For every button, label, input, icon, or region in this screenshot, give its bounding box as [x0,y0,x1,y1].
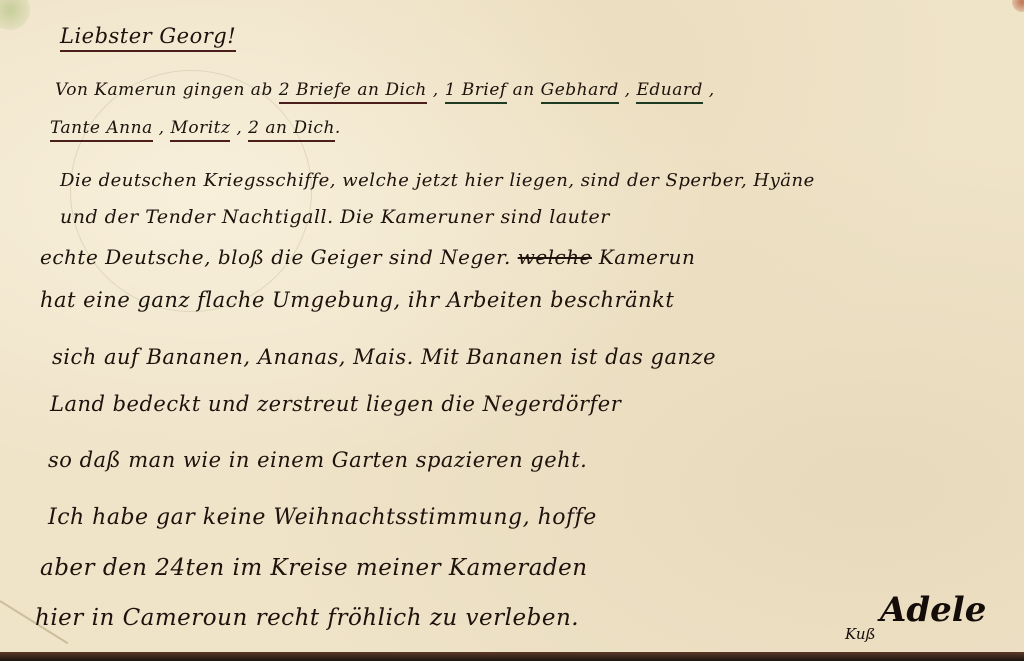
line-text: an [507,80,541,100]
line-text: sich auf Bananen, Ananas, Mais. Mit Bana… [52,345,716,369]
line-text: so daß man wie in einem Garten spazieren… [48,448,587,472]
underlined-text: Gebhard [541,80,619,104]
letter-line-7: sich auf Bananen, Ananas, Mais. Mit Bana… [52,345,716,369]
line-text: , [230,118,248,138]
line-text: Ich habe gar keine Weihnachtsstimmung, h… [48,505,597,530]
letter-line-5: echte Deutsche, bloß die Geiger sind Neg… [40,245,695,269]
line-text: aber den 24ten im Kreise meiner Kamerade… [40,555,588,581]
line-text: . [335,118,341,138]
line-text: echte Deutsche, bloß die Geiger sind Neg… [40,245,518,269]
postcard: Liebster Georg! Von Kamerun gingen ab 2 … [0,0,1024,652]
letter-line-8: Land bedeckt und zerstreut liegen die Ne… [50,392,621,416]
letter-line-4: und der Tender Nachtigall. Die Kameruner… [60,206,610,228]
letter-line-12: hier in Cameroun recht fröhlich zu verle… [35,605,579,631]
line-text: hier in Cameroun recht fröhlich zu verle… [35,605,579,631]
underlined-text: Moritz [170,118,230,142]
line-text: Die deutschen Kriegsschiffe, welche jetz… [60,170,815,191]
stain-top-right [1012,0,1024,12]
line-text: hat eine ganz flache Umgebung, ihr Arbei… [40,288,674,312]
underlined-text: 2 Briefe an Dich [279,80,427,104]
letter-line-6: hat eine ganz flache Umgebung, ihr Arbei… [40,288,674,312]
letter-line-2: Tante Anna , Moritz , 2 an Dich. [50,118,341,138]
line-text: , [153,118,171,138]
line-text: und der Tender Nachtigall. Die Kameruner… [60,206,610,228]
stain-top-left [0,0,30,30]
struck-text: welche [518,245,592,269]
line-text: , [619,80,637,100]
underlined-text: Eduard [636,80,702,104]
letter-line-9: so daß man wie in einem Garten spazieren… [48,448,587,472]
letter-line-10: Ich habe gar keine Weihnachtsstimmung, h… [48,505,597,530]
salutation-text: Liebster Georg! [60,24,236,52]
letter-line-11: aber den 24ten im Kreise meiner Kamerade… [40,555,588,581]
underlined-text: Tante Anna [50,118,153,142]
line-text: Von Kamerun gingen ab [55,80,279,100]
closing-greeting: Kuß [845,625,876,643]
signature: Adele [880,590,986,630]
underlined-text: 1 Brief [445,80,507,104]
letter-line-3: Die deutschen Kriegsschiffe, welche jetz… [60,170,815,191]
faded-postmark-ring [70,70,312,312]
letter-line-1: Von Kamerun gingen ab 2 Briefe an Dich ,… [55,80,715,100]
line-text: Land bedeckt und zerstreut liegen die Ne… [50,392,621,416]
line-text: , [427,80,445,100]
line-text: , [703,80,715,100]
salutation: Liebster Georg! [60,24,236,48]
card-bottom-edge [0,652,1024,661]
underlined-text: 2 an Dich [248,118,335,142]
line-text: Kamerun [592,245,695,269]
